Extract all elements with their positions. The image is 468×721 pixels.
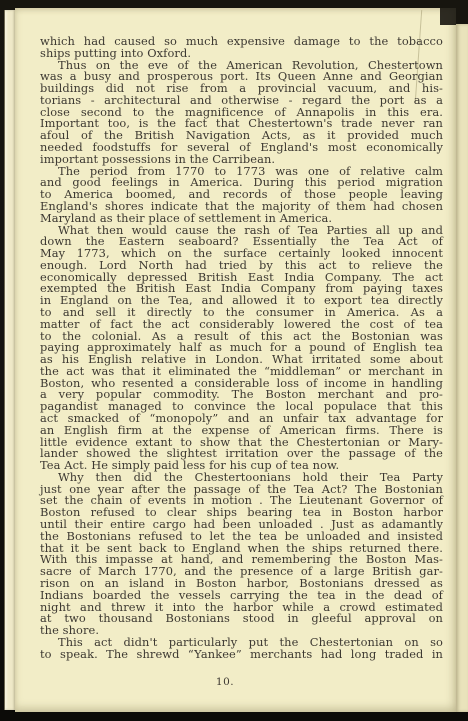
- page-text: which had caused so much expensive damag…: [40, 36, 443, 660]
- top-right-corner-shadow: [440, 8, 456, 25]
- text-line: at two thousand Bostonians stood in glee…: [40, 613, 443, 625]
- book-page-scan: which had caused so much expensive damag…: [0, 0, 468, 721]
- book-page: which had caused so much expensive damag…: [15, 8, 456, 712]
- page-number: 10.: [15, 676, 435, 688]
- underlying-page-right-edge: [456, 24, 468, 712]
- text-line: to speak. The shrewd “Yankee” merchants …: [40, 649, 443, 661]
